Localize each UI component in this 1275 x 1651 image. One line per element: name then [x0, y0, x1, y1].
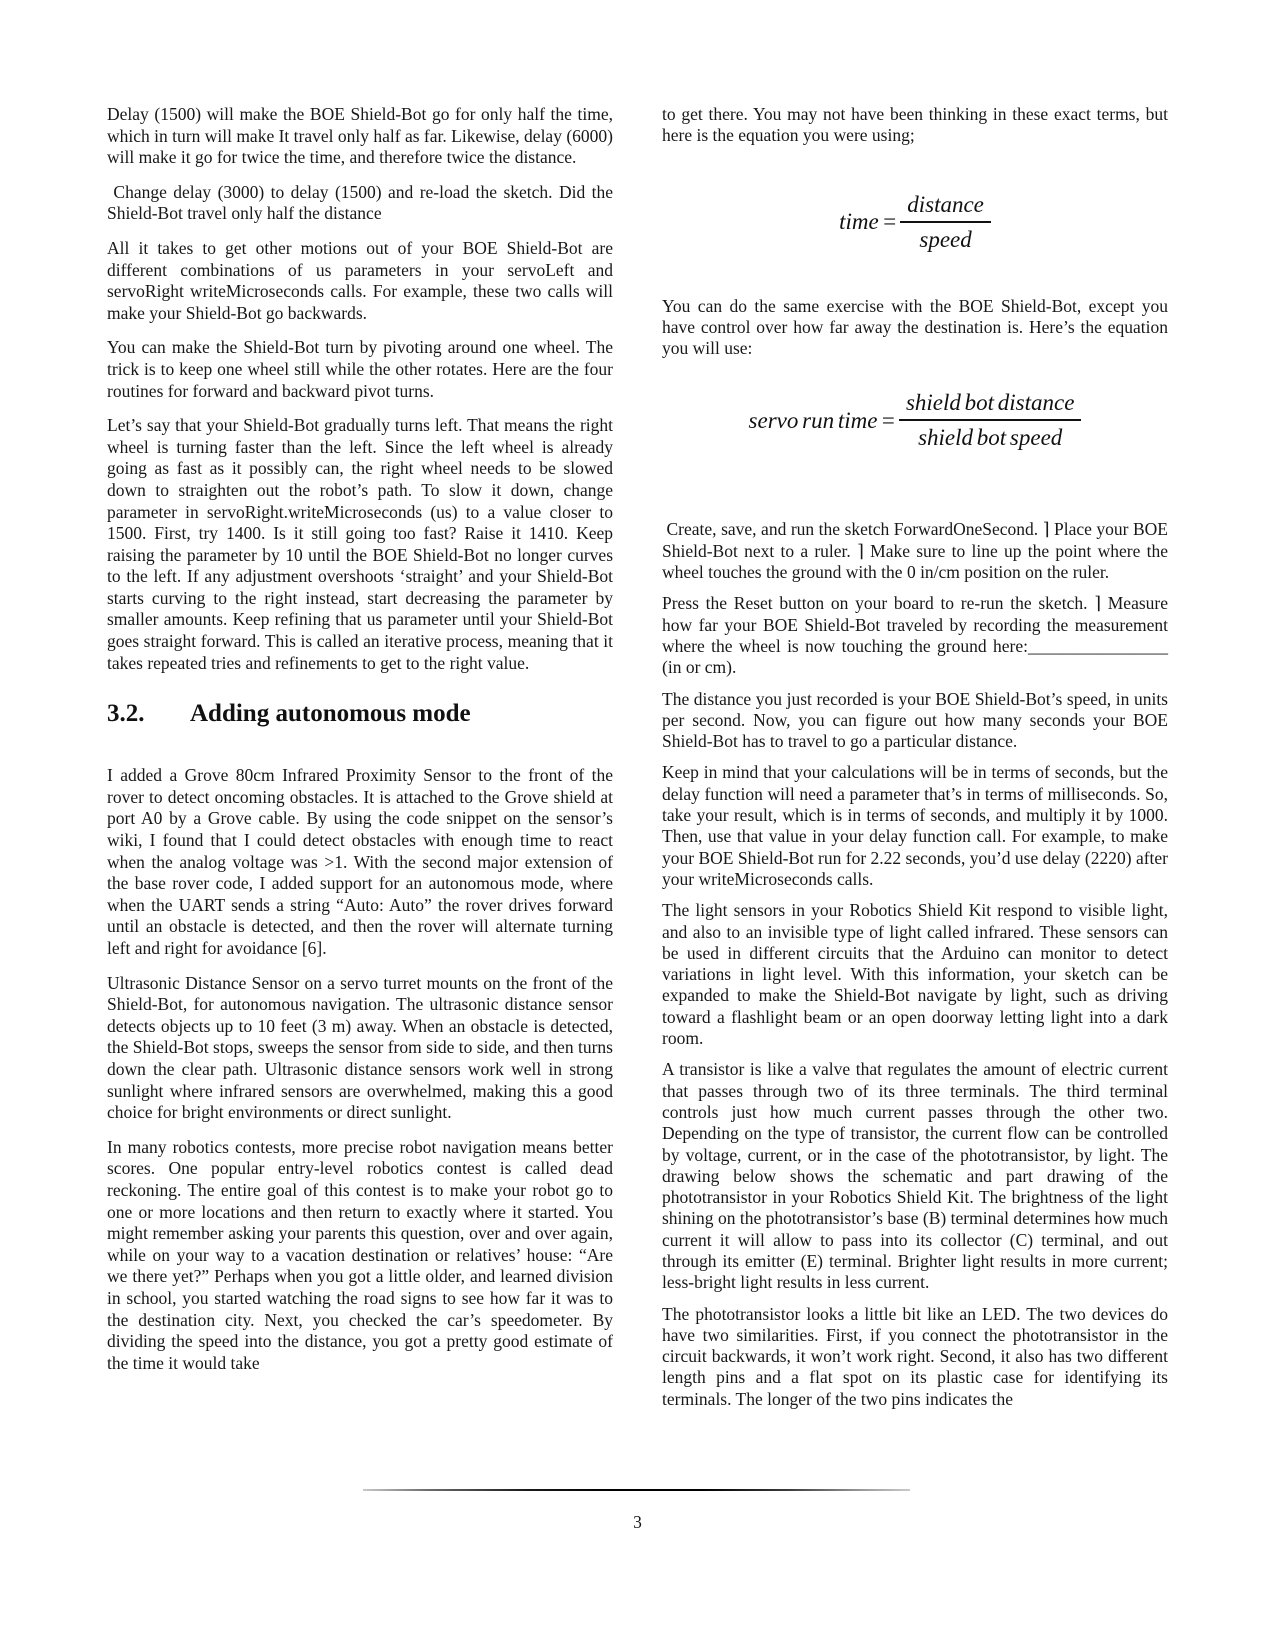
paragraph: Delay (1500) will make the BOE Shield-Bo… — [107, 104, 613, 169]
fraction-denominator: shield bot speed — [899, 421, 1081, 451]
right-column: to get there. You may not have been thin… — [662, 104, 1168, 1420]
section-title: Adding autonomous mode — [190, 698, 471, 729]
fraction-numerator: shield bot distance — [899, 389, 1081, 421]
page-number: 3 — [0, 1512, 1275, 1533]
paragraph: Press the Reset button on your board to … — [662, 593, 1168, 678]
section-number: 3.2. — [107, 698, 190, 729]
paragraph: You can make the Shield-Bot turn by pivo… — [107, 337, 613, 402]
paragraph: In many robotics contests, more precise … — [107, 1137, 613, 1375]
section-heading: 3.2. Adding autonomous mode — [107, 698, 613, 729]
equals-sign: = — [880, 407, 896, 434]
paragraph: You can do the same exercise with the BO… — [662, 296, 1168, 360]
paragraph: Keep in mind that your calculations will… — [662, 762, 1168, 890]
paragraph: Let’s say that your Shield-Bot gradually… — [107, 415, 613, 674]
paragraph: Ultrasonic Distance Sensor on a servo tu… — [107, 973, 613, 1124]
equation-lhs: servo run time — [749, 407, 878, 434]
left-column: Delay (1500) will make the BOE Shield-Bo… — [107, 104, 613, 1387]
equation-time-distance-speed: time = distance speed — [662, 191, 1168, 253]
equation-lhs: time — [839, 208, 879, 235]
paragraph: The distance you just recorded is your B… — [662, 689, 1168, 753]
paragraph: The phototransistor looks a little bit l… — [662, 1304, 1168, 1410]
paragraph: to get there. You may not have been thin… — [662, 104, 1168, 147]
equation-servo-run-time: servo run time = shield bot distance shi… — [662, 389, 1168, 451]
fraction-numerator: distance — [900, 191, 991, 223]
paragraph: A transistor is like a valve that regula… — [662, 1059, 1168, 1293]
paragraph: Create, save, and run the sketch Forward… — [662, 519, 1168, 583]
paragraph: Change delay (3000) to delay (1500) and … — [107, 182, 613, 225]
equals-sign: = — [882, 208, 898, 235]
footnote-separator-rule — [363, 1489, 910, 1491]
fraction: distance speed — [900, 191, 991, 253]
fraction: shield bot distance shield bot speed — [899, 389, 1081, 451]
fraction-denominator: speed — [900, 223, 991, 253]
paragraph: I added a Grove 80cm Infrared Proximity … — [107, 765, 613, 959]
document-page: Delay (1500) will make the BOE Shield-Bo… — [0, 0, 1275, 1651]
paragraph: All it takes to get other motions out of… — [107, 238, 613, 324]
paragraph: The light sensors in your Robotics Shiel… — [662, 900, 1168, 1049]
